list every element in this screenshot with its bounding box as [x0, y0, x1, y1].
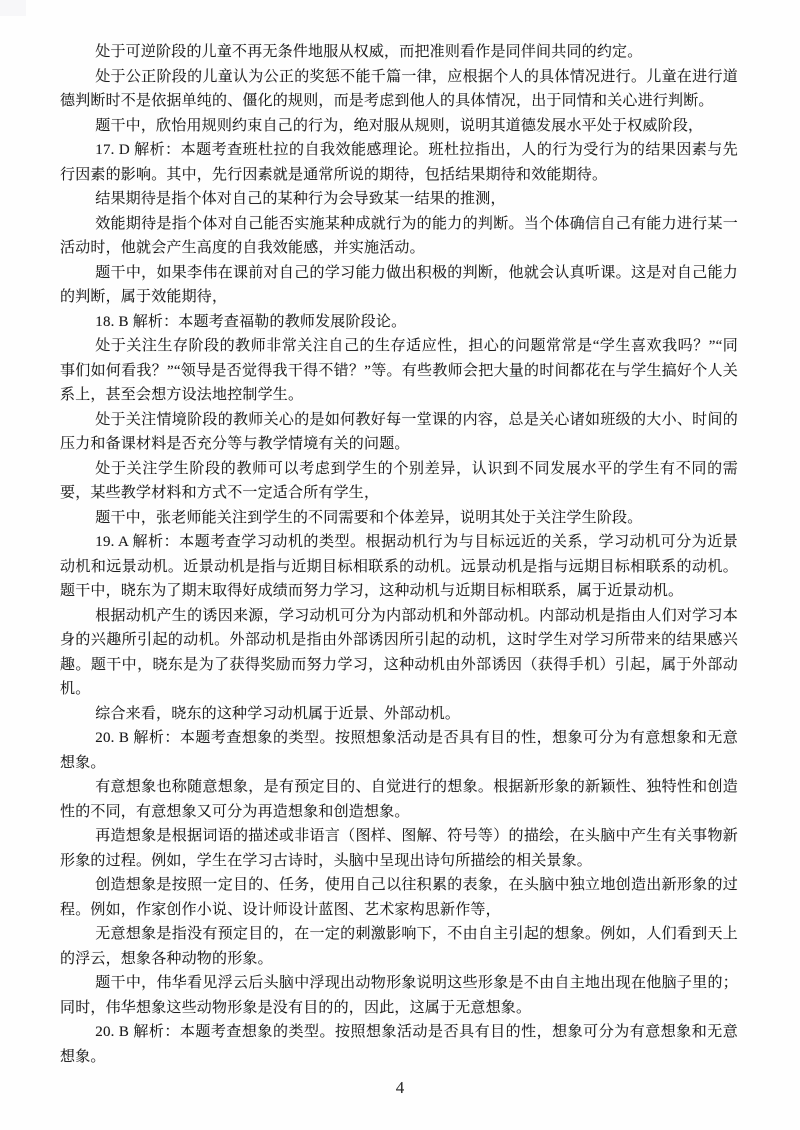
paragraph: 效能期待是指个体对自己能否实施某种成就行为的能力的判断。当个体确信自己有能力进行… — [60, 212, 738, 261]
paragraph: 20. B 解析：本题考查想象的类型。按照想象活动是否具有目的性，想象可分为有意… — [60, 726, 738, 775]
paragraph: 20. B 解析：本题考查想象的类型。按照想象活动是否具有目的性，想象可分为有意… — [60, 1020, 738, 1069]
paragraph: 根据动机产生的诱因来源，学习动机可分为内部动机和外部动机。内部动机是指由人们对学… — [60, 604, 738, 702]
paragraph: 创造想象是按照一定目的、任务，使用自己以往积累的表象，在头脑中独立地创造出新形象… — [60, 873, 738, 922]
paragraph: 题干中，欣怡用规则约束自己的行为，绝对服从规则，说明其道德发展水平处于权威阶段， — [60, 114, 738, 139]
paragraph: 处于关注情境阶段的教师关心的是如何教好每一堂课的内容，总是关心诸如班级的大小、时… — [60, 408, 738, 457]
paragraph: 17. D 解析：本题考查班杜拉的自我效能感理论。班杜拉指出，人的行为受行为的结… — [60, 138, 738, 187]
document-page: 处于可逆阶段的儿童不再无条件地服从权威，而把准则看作是同伴间共同的约定。 处于公… — [0, 0, 800, 1130]
paragraph: 题干中，如果李伟在课前对自己的学习能力做出积极的判断，他就会认真听课。这是对自己… — [60, 261, 738, 310]
page-number: 4 — [0, 1078, 800, 1098]
paragraph: 综合来看，晓东的这种学习动机属于近景、外部动机。 — [60, 702, 738, 727]
paragraph: 题干中，张老师能关注到学生的不同需要和个体差异，说明其处于关注学生阶段。 — [60, 506, 738, 531]
paragraph: 处于关注学生阶段的教师可以考虑到学生的个别差异，认识到不同发展水平的学生有不同的… — [60, 457, 738, 506]
answer-explanations: 处于可逆阶段的儿童不再无条件地服从权威，而把准则看作是同伴间共同的约定。 处于公… — [60, 40, 738, 1069]
paragraph: 有意想象也称随意想象，是有预定目的、自觉进行的想象。根据新形象的新颖性、独特性和… — [60, 775, 738, 824]
paragraph: 结果期待是指个体对自己的某种行为会导致某一结果的推测， — [60, 187, 738, 212]
paragraph: 处于可逆阶段的儿童不再无条件地服从权威，而把准则看作是同伴间共同的约定。 — [60, 40, 738, 65]
paragraph: 处于公正阶段的儿童认为公正的奖惩不能千篇一律，应根据个人的具体情况进行。儿童在进… — [60, 65, 738, 114]
paragraph: 18. B 解析：本题考查福勒的教师发展阶段论。 — [60, 310, 738, 335]
paragraph: 处于关注生存阶段的教师非常关注自己的生存适应性，担心的问题常常是“学生喜欢我吗？… — [60, 334, 738, 408]
paragraph: 无意想象是指没有预定目的，在一定的刺激影响下，不由自主引起的想象。例如，人们看到… — [60, 922, 738, 971]
paragraph: 题干中，伟华看见浮云后头脑中浮现出动物形象说明这些形象是不由自主地出现在他脑子里… — [60, 971, 738, 1020]
scan-artifact — [0, 0, 26, 16]
paragraph: 19. A 解析：本题考查学习动机的类型。根据动机行为与目标远近的关系，学习动机… — [60, 530, 738, 604]
paragraph: 再造想象是根据词语的描述或非语言（图样、图解、符号等）的描绘，在头脑中产生有关事… — [60, 824, 738, 873]
